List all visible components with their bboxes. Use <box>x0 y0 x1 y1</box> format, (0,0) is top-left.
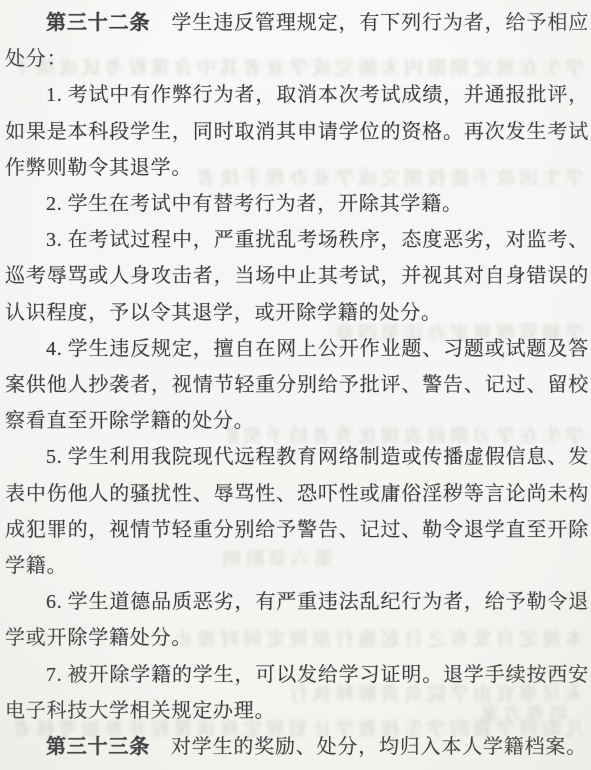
rule-item-3: 3.在考试过程中，严重扰乱考场秩序，态度恶劣，对监考、巡考辱骂或人身攻击者，当场… <box>5 222 589 331</box>
rule-item-5-number: 5. <box>46 446 63 468</box>
rule-item-6: 6.学生道德品质恶劣，有严重违法乱纪行为者，给予勒令退学或开除学籍处分。 <box>5 584 589 656</box>
rule-item-4: 4.学生违反规定，擅自在网上公开作业题、习题或试题及答案供他人抄袭者，视情节轻重… <box>5 331 589 440</box>
rule-item-7: 7.被开除学籍的学生，可以发给学习证明。退学手续按西安电子科技大学相关规定办理。 <box>5 657 589 729</box>
article-33-number: 第三十三条 <box>46 736 150 758</box>
rule-item-2-number: 2. <box>46 193 63 215</box>
rule-item-6-number: 6. <box>46 591 63 613</box>
rule-item-1: 1.考试中有作弊行为者，取消本次考试成绩，并通报批评，如果是本科段学生，同时取消… <box>5 77 589 186</box>
rule-item-6-text: 学生道德品质恶劣，有严重违法乱纪行为者，给予勒令退学或开除学籍处分。 <box>5 591 589 649</box>
rule-item-1-text: 考试中有作弊行为者，取消本次考试成绩，并通报批评，如果是本科段学生，同时取消其申… <box>5 84 589 178</box>
rule-item-3-text: 在考试过程中，严重扰乱考场秩序，态度恶劣，对监考、巡考辱骂或人身攻击者，当场中止… <box>5 229 589 323</box>
article-32-paragraph: 第三十二条学生违反管理规定，有下列行为者，给予相应处分： <box>5 5 589 77</box>
article-33-paragraph: 第三十三条对学生的奖励、处分，均归入本人学籍档案。 <box>5 729 589 765</box>
rule-item-2: 2.学生在考试中有替考行为者，开除其学籍。 <box>5 186 589 222</box>
rule-item-7-number: 7. <box>46 664 63 686</box>
rule-item-4-text: 学生违反规定，擅自在网上公开作业题、习题或试题及答案供他人抄袭者，视情节轻重分别… <box>5 338 589 432</box>
rule-item-7-text: 被开除学籍的学生，可以发给学习证明。退学手续按西安电子科技大学相关规定办理。 <box>5 664 589 722</box>
rule-item-5: 5.学生利用我院现代远程教育网络制造或传播虚假信息、发表中伤他人的骚扰性、辱骂性… <box>5 439 589 584</box>
article-32-number: 第三十二条 <box>46 12 150 34</box>
article-33-text: 对学生的奖励、处分，均归入本人学籍档案。 <box>171 736 587 758</box>
rule-item-2-text: 学生在考试中有替考行为者，开除其学籍。 <box>68 193 463 215</box>
rule-item-5-text: 学生利用我院现代远程教育网络制造或传播虚假信息、发表中伤他人的骚扰性、辱骂性、恐… <box>5 446 589 577</box>
rule-item-1-number: 1. <box>46 84 63 106</box>
rule-item-4-number: 4. <box>46 338 63 360</box>
scanned-document-page: 学生在规定期限内未能完成学业者其中含课程考试成绩不合格予以 学生因故不能按期完成… <box>0 0 591 770</box>
rule-item-3-number: 3. <box>46 229 63 251</box>
regulation-text-column: 第三十二条学生违反管理规定，有下列行为者，给予相应处分： 1.考试中有作弊行为者… <box>5 5 589 765</box>
